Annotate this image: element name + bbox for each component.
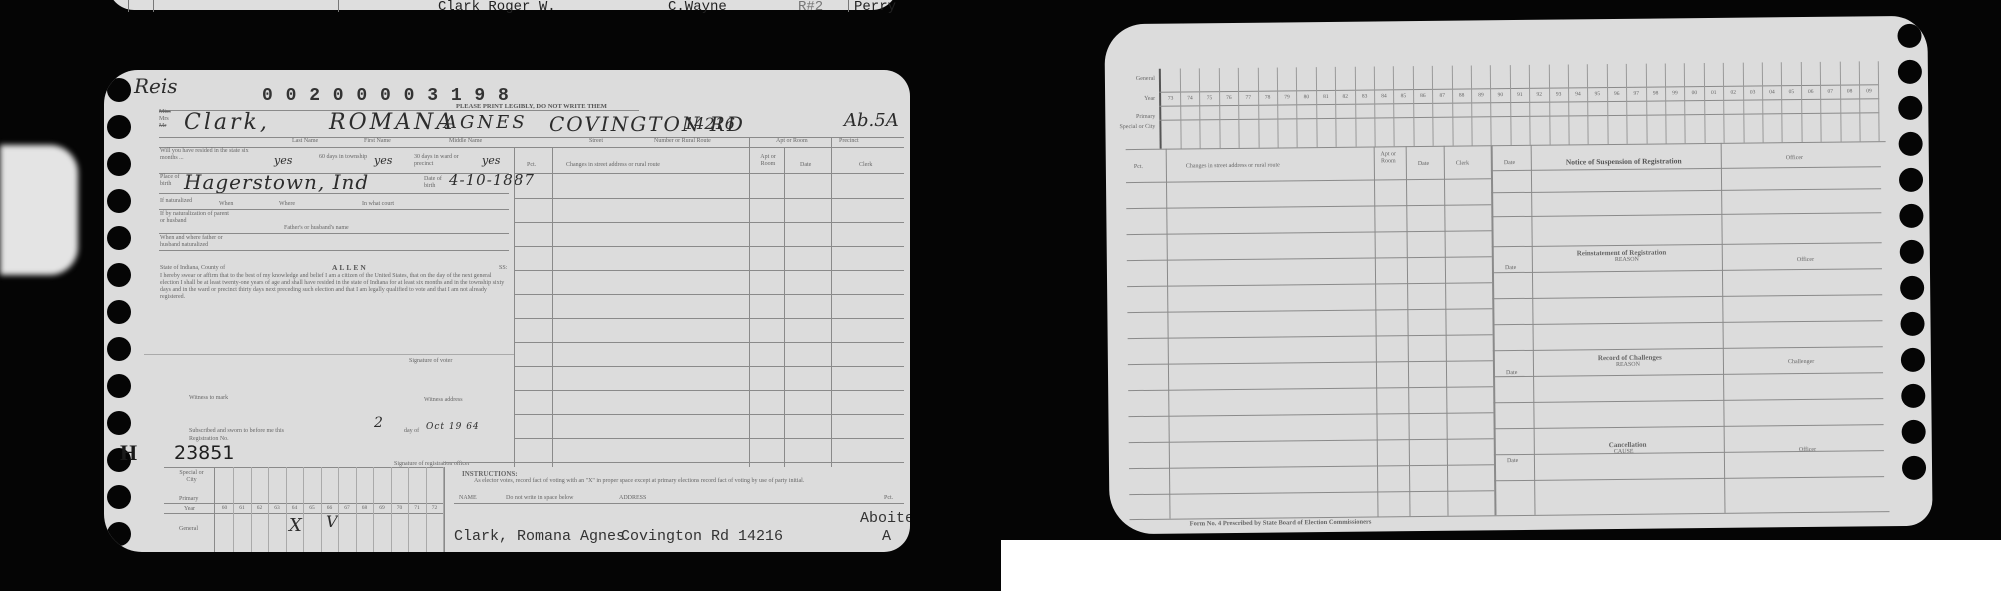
pct-header: Pct. <box>1134 164 1143 170</box>
date-header: Date <box>800 162 811 168</box>
township-label: 60 days in township <box>319 154 369 161</box>
punch-hole <box>107 115 131 139</box>
year-cell: 07 <box>1821 89 1840 95</box>
middle-name: AGNES <box>444 112 528 133</box>
signature-label: Signature of voter <box>409 358 452 364</box>
resided-value: yes <box>274 154 292 167</box>
year-cell: 94 <box>1568 91 1587 97</box>
blank-region <box>1001 540 2001 591</box>
film-artifact <box>0 145 78 275</box>
registration-card-back: General Year Primary Special or City Pct… <box>1104 16 1932 535</box>
print-legibly-notice: PLEASE PRINT LEGIBLY, DO NOT WRITE THEM <box>456 103 607 110</box>
punch-hole <box>107 411 131 435</box>
apt-label: Apt or Room <box>776 138 808 144</box>
father-label: If by naturalization of parent or husban… <box>160 211 230 225</box>
year-cell: 68 <box>356 505 373 511</box>
year-cell: 79 <box>1277 94 1296 100</box>
year-cell: 99 <box>1665 90 1684 96</box>
year-cell: 76 <box>1219 95 1238 101</box>
last-name: Clark, <box>184 110 270 135</box>
form-footer: Form No. 4 Prescribed by State Board of … <box>1190 519 1372 528</box>
punch-hole <box>1901 348 1925 372</box>
punch-hole <box>1902 420 1926 444</box>
suspension-date-label: Date <box>1504 160 1515 166</box>
reinstatement-reason-label: REASON <box>1615 257 1639 263</box>
month-year-value: Oct 19 64 <box>426 422 480 432</box>
first-name: ROMANA <box>329 110 455 135</box>
punch-hole <box>107 78 131 102</box>
house-number: 14216 <box>684 114 735 133</box>
witness-label: Witness to mark <box>189 395 228 401</box>
county-value: ALLEN <box>332 263 368 272</box>
year-cell: 04 <box>1762 89 1781 95</box>
ward-value: yes <box>482 154 500 167</box>
year-cell: 65 <box>304 505 321 511</box>
special-row-label: Special or City <box>179 470 204 484</box>
cancellation-cause-label: CAUSE <box>1614 449 1634 455</box>
year-cell: 85 <box>1394 93 1413 99</box>
year-cell: 01 <box>1704 90 1723 96</box>
where-label: Where <box>279 201 295 207</box>
year-cell: 80 <box>1297 94 1316 100</box>
punch-hole <box>107 189 131 213</box>
year-cell: 97 <box>1627 91 1646 97</box>
typed-name: Clark, Romana Agnes <box>454 528 625 545</box>
street-label: Street <box>589 138 603 144</box>
year-cell: 95 <box>1588 91 1607 97</box>
typed-township: Aboite <box>860 510 910 527</box>
pct-header: Pct. <box>527 162 536 168</box>
instructions-text: As elector votes, record fact of voting … <box>474 478 894 485</box>
punch-hole <box>1897 24 1921 48</box>
instructions-title: INSTRUCTIONS: <box>462 470 518 478</box>
pct-col-label: Pct. <box>884 495 893 501</box>
year-cell: 88 <box>1452 92 1471 98</box>
punch-hole <box>107 152 131 176</box>
number-label: Number or Rural Route <box>654 138 711 144</box>
year-cell: 96 <box>1607 91 1626 97</box>
ss-label: SS: <box>499 265 507 271</box>
year-cell: 63 <box>269 505 286 511</box>
year-cell: 00 <box>1685 90 1704 96</box>
year-cell: 74 <box>1180 95 1199 101</box>
reinstatement-officer-label: Officer <box>1797 257 1814 263</box>
year-cell: 87 <box>1433 93 1452 99</box>
day-of-label: day of <box>404 428 419 434</box>
punch-hole <box>1901 384 1925 408</box>
cancellation-date-label: Date <box>1507 458 1518 464</box>
day-value: 2 <box>374 415 386 431</box>
prev-card-township: C.Wayne <box>668 0 727 15</box>
do-not-write-label: Do not write in space below <box>506 495 573 501</box>
punch-hole <box>1899 168 1923 192</box>
punch-hole <box>1899 132 1923 156</box>
cancellation-title: Cancellation <box>1609 441 1647 449</box>
year-cell: 83 <box>1355 94 1374 100</box>
punch-hole <box>107 337 131 361</box>
suspension-officer-label: Officer <box>1786 155 1803 161</box>
suspension-title: Notice of Suspension of Registration <box>1566 156 1682 166</box>
year-row-label: Year <box>184 506 195 512</box>
year-cell: 61 <box>234 505 251 511</box>
year-cell: 73 <box>1161 96 1180 102</box>
typed-address: Covington Rd 14216 <box>621 528 783 545</box>
year-cell: 71 <box>409 505 426 511</box>
year-cell: 66 <box>321 505 338 511</box>
township-value: yes <box>374 154 392 167</box>
year-columns <box>1104 16 1927 25</box>
punch-hole <box>1900 276 1924 300</box>
year-cell: 77 <box>1239 95 1258 101</box>
year-cell: 89 <box>1471 92 1490 98</box>
father-name-label: Father's or husband's name <box>284 225 349 231</box>
punch-hole <box>1900 312 1924 336</box>
primary-row-label: Primary <box>179 496 198 502</box>
year-cell: 93 <box>1549 91 1568 97</box>
punch-hole <box>107 226 131 250</box>
year-cell: 05 <box>1782 89 1801 95</box>
year-cell: 64 <box>286 505 303 511</box>
state-label: State of Indiana, County of <box>160 265 225 271</box>
cancellation-officer-label: Officer <box>1799 447 1816 453</box>
ward-label: 30 days in ward or precinct <box>414 154 479 168</box>
resided-label: Will you have resided in the state six m… <box>160 148 255 162</box>
changes-header: Changes in street address or rural route <box>1186 162 1280 169</box>
year-cell: 62 <box>251 505 268 511</box>
year-cell: 84 <box>1374 93 1393 99</box>
punch-hole <box>107 300 131 324</box>
when-where-label: When and where father or husband natural… <box>160 235 240 249</box>
punch-hole <box>107 263 131 287</box>
punch-hole <box>107 485 131 509</box>
name-col-label: NAME <box>459 495 477 501</box>
punch-hole <box>1900 240 1924 264</box>
vote-mark: V <box>326 512 338 531</box>
punch-hole <box>107 374 131 398</box>
year-cell: 98 <box>1646 90 1665 96</box>
naturalized-label: If naturalized <box>160 198 192 204</box>
punch-hole <box>1898 96 1922 120</box>
precinct-value: Ab.5A <box>844 110 899 131</box>
last-name-label: Last Name <box>292 138 318 144</box>
year-cell: 90 <box>1491 92 1510 98</box>
prev-card-name: Clark Roger W. <box>438 0 556 15</box>
dob-label: Date of birth <box>424 176 449 190</box>
punch-hole <box>107 522 131 546</box>
year-cell: 91 <box>1510 92 1529 98</box>
clerk-header: Clerk <box>1456 161 1469 167</box>
primary-row-label: Primary <box>1115 114 1155 120</box>
challenges-reason-label: REASON <box>1616 362 1640 368</box>
registration-card-front: Reis 0 0 2 0 0 0 0 3 1 9 8 PLEASE PRINT … <box>104 70 910 552</box>
punch-hole <box>1899 204 1923 228</box>
court-label: In what court <box>362 201 394 207</box>
year-cell: 86 <box>1413 93 1432 99</box>
year-cell: 78 <box>1258 95 1277 101</box>
general-row-label: General <box>1115 76 1155 82</box>
year-cell: 06 <box>1801 89 1820 95</box>
punch-hole <box>1898 60 1922 84</box>
registration-number: 23851 <box>174 442 234 464</box>
middle-name-label: Middle Name <box>449 138 482 144</box>
reinstatement-date-label: Date <box>1505 265 1516 271</box>
registration-letter: H <box>120 440 137 466</box>
witness-address-label: Witness address <box>424 397 463 403</box>
year-cell: 09 <box>1859 88 1878 94</box>
general-row-label: General <box>179 526 198 532</box>
date-header: Date <box>1418 161 1429 167</box>
year-cell: 92 <box>1530 92 1549 98</box>
oath-text: I hereby swear or affirm that to the bes… <box>160 273 510 301</box>
prev-card-precinct: Perry <box>854 0 896 15</box>
year-cell: 72 <box>426 505 443 511</box>
title-labels: Miss Mrs Mr <box>159 109 171 130</box>
vote-mark: X <box>289 515 302 536</box>
apt-room-header: Apt or Room <box>754 154 782 168</box>
corner-note: Reis <box>134 74 178 98</box>
typed-precinct: A <box>882 528 891 545</box>
address-col-label: ADDRESS <box>619 495 646 501</box>
punch-hole <box>1902 456 1926 480</box>
when-label: When <box>219 201 233 207</box>
year-cell: 75 <box>1200 95 1219 101</box>
special-row-label: Special or City <box>1115 124 1155 131</box>
year-cell: 67 <box>339 505 356 511</box>
year-cell: 69 <box>374 505 391 511</box>
year-cell: 08 <box>1840 88 1859 94</box>
changes-header: Changes in street address or rural route <box>566 162 660 168</box>
challenger-label: Challenger <box>1788 359 1814 365</box>
year-row-label: Year <box>1115 96 1155 102</box>
year-cell: 60 <box>216 505 233 511</box>
apt-room-header: Apt or Room <box>1376 151 1401 165</box>
first-name-label: First Name <box>364 138 391 144</box>
year-cell: 81 <box>1316 94 1335 100</box>
year-cell: 82 <box>1336 94 1355 100</box>
birthplace-value: Hagerstown, Ind <box>184 170 369 194</box>
year-cell: 70 <box>391 505 408 511</box>
prev-card-route: R#2 <box>798 0 823 15</box>
subscribed-label: Subscribed and sworn to before me this <box>189 428 284 434</box>
previous-card-strip: Clark Roger W. C.Wayne R#2 Perry <box>108 0 898 10</box>
year-cell: 03 <box>1743 89 1762 95</box>
clerk-header: Clerk <box>859 162 872 168</box>
precinct-label: Precinct <box>839 138 859 144</box>
year-cell: 02 <box>1724 90 1743 96</box>
